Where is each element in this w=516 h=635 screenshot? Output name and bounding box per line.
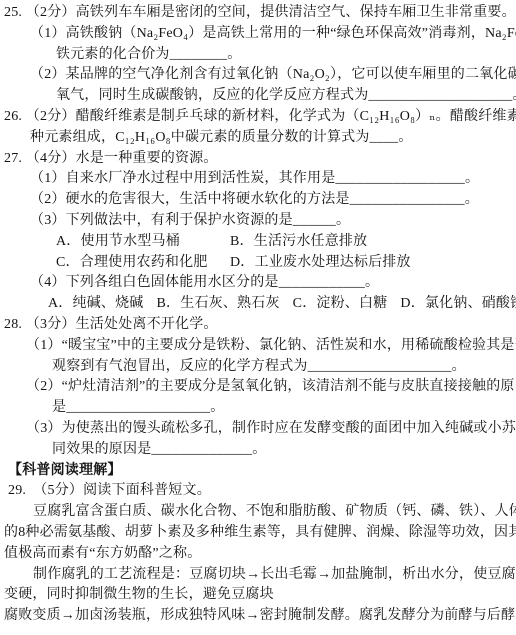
q25-part1-line2: 铁元素的化合价为________。 — [0, 45, 516, 66]
q27-part4: （4）下列各组白色固体能用水区分的是____________。 — [0, 273, 516, 294]
q28-part3-line2: 同效果的原因是______________。 — [0, 440, 516, 461]
q27-part4-option-a: A．纯碱、烧碱 — [48, 294, 144, 315]
q29-paragraph2-line2: 变硬，同时抑制微生物的生长，避免豆腐块 — [0, 585, 516, 606]
q28-part3-line1: （3）为使蒸出的馒头疏松多孔，制作时应在发酵变酸的面团中加入纯碱或小苏打，产生相 — [0, 419, 516, 440]
q27-part1: （1）自来水厂净水过程中用到活性炭，其作用是__________________… — [0, 169, 516, 190]
q29-paragraph1-line1: 豆腐乳富含蛋白质、碳水化合物、不饱和脂肪酸、矿物质（钙、磷、铁）、人体不能合成 — [0, 502, 516, 523]
q28-part2-line2: 是____________________。 — [0, 398, 516, 419]
q28-part1-line1: （1）“暖宝宝”中的主要成分是铁粉、氯化钠、活性炭和水，用稀硫酸检验其是否有效时… — [0, 336, 516, 357]
q27-option-a: A．使用节水型马桶 — [56, 232, 230, 253]
q25-part2-line2: 氧气，同时生成碳酸钠，反应的化学反应方程式为__________________… — [0, 86, 516, 107]
q28-part2-line1: （2）“炉灶清洁剂”的主要成分是氢氧化钠，该清洁剂不能与皮肤直接接触的原因 — [0, 377, 516, 398]
q27-part3-options-row2: C．合理使用农药和化肥 D．工业废水处理达标后排放 — [0, 253, 516, 274]
q29-paragraph1-line2: 的8种必需氨基酸、胡萝卜素及多种维生素等，具有健脾、润燥、除湿等功效，因其营养价 — [0, 523, 516, 544]
q27-part3: （3）下列做法中，有利于保护水资源的是______。 — [0, 211, 516, 232]
q28-stem: 28. （3分）生活处处离不开化学。 — [0, 315, 516, 336]
q27-option-c: C．合理使用农药和化肥 — [56, 253, 230, 274]
q29-paragraph2-line3: 腐败变质→加卤汤装瓶，形成独特风味→密封腌制发酵。腐乳发酵分为前酵与后酵。前酵是 — [0, 606, 516, 627]
q27-part4-options-row: A．纯碱、烧碱 B．生石灰、熟石灰 C．淀粉、白糖 D．氯化钠、硝酸铵 — [0, 294, 516, 315]
q29-paragraph1-line3: 值极高而素有“东方奶酪”之称。 — [0, 544, 516, 565]
q27-part2: （2）硬水的危害很大，生活中将硬水软化的方法是________________。 — [0, 190, 516, 211]
q26-line1: 26. （2分）醋酸纤维素是制乒乓球的新材料，化学式为（C₁₂H₁₆O₈）ₙ。醋… — [0, 107, 516, 128]
q27-stem: 27. （4分）水是一种重要的资源。 — [0, 149, 516, 170]
section-header-science-reading: 【科普阅读理解】 — [0, 461, 516, 482]
q27-part3-options-row1: A．使用节水型马桶 B．生活污水任意排放 — [0, 232, 516, 253]
q25-part1-line1: （1）高铁酸钠（Na₂FeO₄）是高铁上常用的一种“绿色环保高效”消毒剂，Na₂… — [0, 24, 516, 45]
exam-page: 25. （2分）高铁列车车厢是密闭的空间，提供清洁空气、保持车厢卫生非常重要。 … — [0, 0, 516, 635]
q29-paragraph2-line1: 制作腐乳的工艺流程是：豆腐切块→长出毛霉→加盐腌制，析出水分，使豆腐块 — [0, 565, 516, 586]
q27-part4-option-b: B．生石灰、熟石灰 — [157, 294, 280, 315]
q27-part4-option-c: C．淀粉、白糖 — [293, 294, 388, 315]
q28-part1-line2: 观察到有气泡冒出，反应的化学方程式为____________________。 — [0, 357, 516, 378]
q25-stem: 25. （2分）高铁列车车厢是密闭的空间，提供清洁空气、保持车厢卫生非常重要。 — [0, 3, 516, 24]
q29-stem: 29. （5分）阅读下面科普短文。 — [0, 481, 516, 502]
q27-part4-option-d: D．氯化钠、硝酸铵 — [400, 294, 516, 315]
q25-part2-line1: （2）某品牌的空气净化剂含有过氧化钠（Na₂O₂），它可以使车厢里的二氧化碳转化… — [0, 65, 516, 86]
q27-option-b: B．生活污水任意排放 — [230, 232, 367, 253]
q26-line2: 种元素组成，C₁₂H₁₆O₈中碳元素的质量分数的计算式为____。 — [0, 128, 516, 149]
q27-option-d: D．工业废水处理达标后排放 — [230, 253, 411, 274]
